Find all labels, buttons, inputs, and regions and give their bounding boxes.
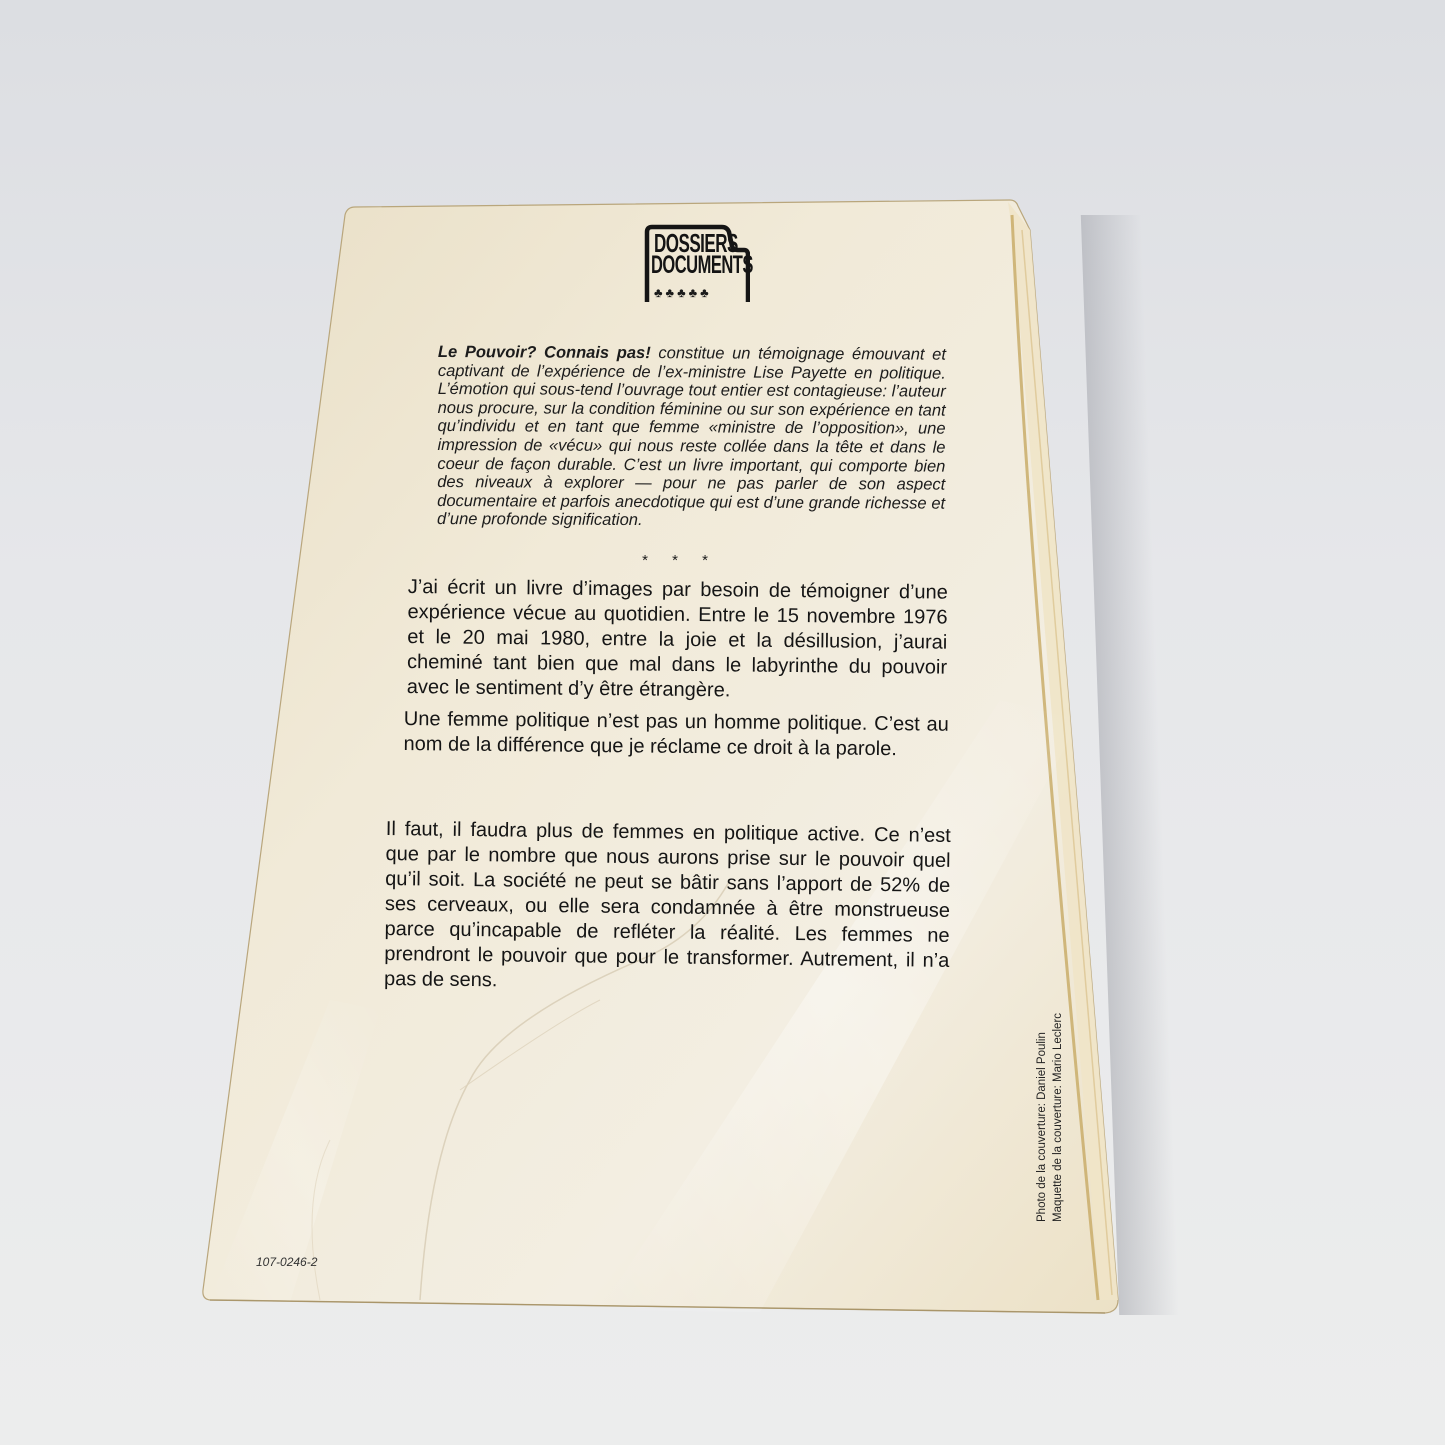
quote-paragraph-3: Il faut, il faudra plus de femmes en pol…: [384, 817, 951, 999]
logo-mascots-icon: ♣♣♣♣♣: [654, 285, 712, 300]
publisher-logo: DOSSIERS DOCUMENTS ♣♣♣♣♣: [640, 224, 750, 304]
blurb-text: constitue un témoignage émouvant et capt…: [437, 344, 946, 529]
photo-credit: Photo de la couverture: Daniel Poulin: [1034, 1013, 1050, 1222]
design-credit: Maquette de la couverture: Mario Leclerc: [1050, 1013, 1066, 1222]
book-back-cover: DOSSIERS DOCUMENTS ♣♣♣♣♣ Le Pouvoir? Con…: [0, 0, 1445, 1445]
quote-paragraph-2: Une femme politique n’est pas un homme p…: [403, 707, 948, 763]
section-separator: * * *: [640, 552, 720, 569]
book-title: Le Pouvoir? Connais pas!: [438, 343, 651, 362]
catalog-number: 107-0246-2: [256, 1255, 317, 1269]
cover-credits: Photo de la couverture: Daniel Poulin Ma…: [1034, 1013, 1066, 1222]
cover-text: DOSSIERS DOCUMENTS ♣♣♣♣♣ Le Pouvoir? Con…: [0, 0, 1445, 1445]
quote-paragraph-1: J’ai écrit un livre d’images par besoin …: [407, 575, 948, 706]
logo-line-documents: DOCUMENTS: [651, 255, 743, 276]
blurb-paragraph: Le Pouvoir? Connais pas! constitue un té…: [437, 343, 946, 532]
